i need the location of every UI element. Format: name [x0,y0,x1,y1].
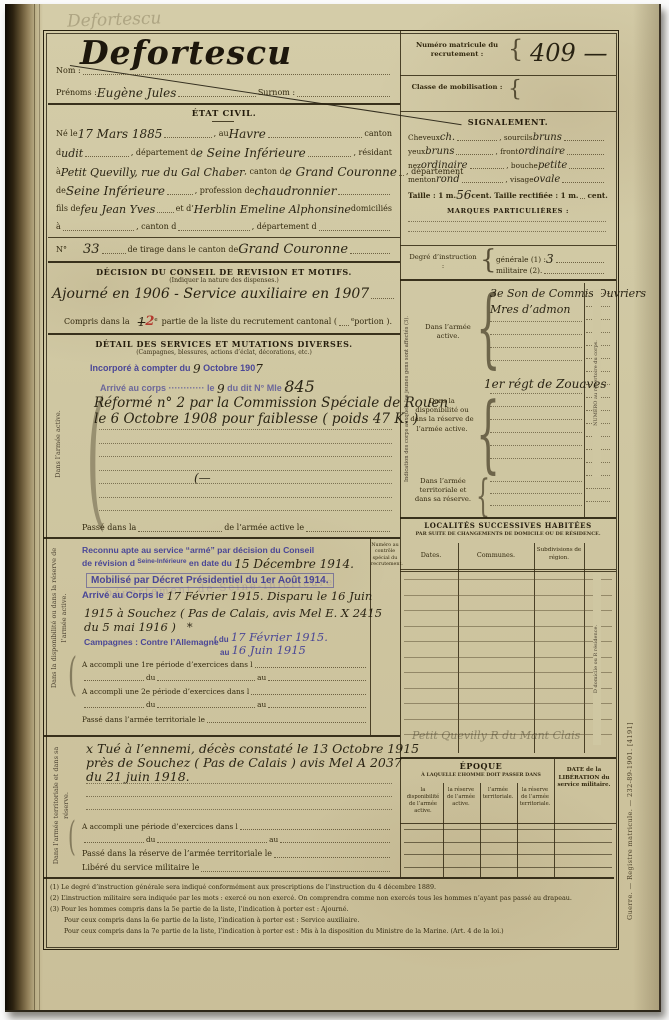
classe-label: Classe de mobilisation : [406,83,508,92]
campagnes-stamp: Campagnes : Contre l’Allemagne [84,637,219,647]
label: ( du [214,636,231,644]
localites-entry: Petit Quevilly R du Mant Clais [412,729,580,742]
signalement-nez-row: nez ordinaire , bouche petite [408,161,606,169]
periode1-dates-row: du au [82,674,368,681]
periode2-row: A accompli une 2e période d’exercices da… [82,688,368,695]
fill-line [207,721,366,723]
fill-line [350,252,390,254]
menton-value: rond [436,175,460,185]
tirage-canton-value: Grand Couronne [238,243,348,256]
label: de [56,187,66,195]
label: , département d [131,149,196,157]
superscript: e [154,318,157,324]
fill-line [157,841,267,843]
incorpore-year-value: 7 [255,363,263,375]
cheveux-value: ch. [440,133,455,143]
section2-side-label: Dans la disponibilité ou dans la réserve… [50,543,70,693]
incorpore-stamp: Incorporé à compter du [90,364,193,373]
brace: { [480,247,497,273]
book-binding-edge [5,4,43,1010]
ruled-line [490,406,582,407]
part-number-red: 2 [145,315,154,328]
title-underline [212,121,234,122]
corps-territoriale-label: Dans l’armée territoriale et dans sa rés… [412,477,474,505]
etat-civil-line-6: à , canton d , département d [56,223,392,231]
ruled-line [99,470,392,471]
signalement-menton-row: menton rond , visage ovale [408,175,606,183]
nom-row: Nom : [56,67,392,75]
incorpore-stamp-row: Incorporé à compter du 9 Octobre 190 7 [90,363,390,373]
passe-territoriale-row: Passé dans l’armée territoriale le [82,716,368,723]
ruled-line [99,483,392,484]
corps-active-label: Dans l’armée active. [418,323,478,341]
localites-title: LOCALITÉS SUCCESSIVES HABITÉES [400,521,616,530]
epoque-title: ÉPOQUE [400,761,562,771]
printer-imprint: Guerre. — Registre matricule. — 232-89-1… [626,670,636,920]
brace: { [476,475,490,519]
fill-line [157,211,173,213]
fill-line [371,297,394,299]
fill-line [157,679,255,681]
fill-line [569,167,604,169]
label: , résidant [353,149,392,157]
label: Passé dans la réserve de l’armée territo… [82,850,272,858]
birth-place-value: Havre [229,128,266,140]
footnote-4: Pour ceux compris dans la 6e partie de l… [50,915,610,926]
label: cent. [587,192,607,199]
section1-side-label: Dans l’armée active. [54,379,64,509]
divider [400,111,616,112]
label: A accompli une période d’exercices dans … [82,823,238,830]
epoque-col-1: la disponibilité de l’armée active. [405,787,441,815]
ruled-line [404,867,612,868]
ruled-line [490,458,582,459]
numero-controle-label: Numéro au contrôle spécial du recrutemen… [371,543,399,569]
localites-subtitle: PAR SUITE DE CHANGEMENTS DE DOMICILE OU … [400,531,616,537]
footnote-3: (3) Pour les hommes compris dans la 5e p… [50,904,610,915]
decision-value: Ajourné en 1906 - Service auxiliaire en … [52,287,369,301]
fill-line [462,181,504,183]
label: du [146,836,155,843]
arrive-corps-stamp: Arrivé au corps ············ le [100,384,217,393]
degre-militaire-row: militaire (2). [496,267,606,274]
ruled-line [490,321,582,322]
paper-scan: Defortescu Defortescu Nom : Prénoms : Eu… [5,4,661,1012]
sourcils-value: bruns [533,133,562,143]
fill-line [308,155,352,157]
decision-value-row: Ajourné en 1906 - Service auxiliaire en … [52,287,396,299]
fill-line [167,193,193,195]
label: Libéré du service militaire le [82,864,199,872]
nez-value: ordinaire [421,161,468,171]
footnote-5: Pour ceux compris dans la 7e partie de l… [50,926,610,937]
ruled-line [99,456,392,457]
periode-territoriale-dates-row: du au [82,836,392,843]
localites-col-dates: Dates. [406,551,456,560]
fill-line [544,272,604,274]
fill-line [268,136,363,138]
tue-ennemi-line-3: du 21 juin 1918. [86,769,190,784]
prenoms-row: Prénoms : Eugène Jules Surnom : [56,87,392,97]
bleedthrough-handwriting: Defortescu [67,8,162,31]
divider [44,735,400,737]
divider [48,333,400,335]
fill-line [580,197,585,199]
fill-line [280,841,390,843]
disparu-line-3: du 5 mai 1916 ) * [84,620,193,634]
label: canton [364,130,392,138]
fill-line [274,856,390,858]
footnotes: (1) Le degré d’instruction générale sera… [50,882,610,937]
fill-line [319,229,390,231]
fill-line [84,706,144,708]
label: partie de la liste du recrutement canton… [162,318,337,326]
reconnu-stamp-line-1: Reconnu apte au service “armé” par décis… [82,545,314,555]
label: au [257,674,266,681]
services-title: DÉTAIL DES SERVICES ET MUTATIONS DIVERSE… [48,339,400,349]
label: Passé dans l’armée territoriale le [82,716,205,723]
ruled-line [404,829,612,830]
localites-col-subdivisions: Subdivisions de région. [536,547,582,562]
fill-line [164,136,211,138]
fill-line [157,706,255,708]
fill-line [338,193,390,195]
divider [400,245,616,246]
periode2-dates-row: du au [82,701,368,708]
fill-line [399,174,404,176]
label: A accompli une 1re période d’exercices d… [82,661,253,668]
footnote-2: (2) L’instruction militaire sera indiqué… [50,893,610,904]
ruled-line [586,501,610,502]
corps-dispo-label: Dans la disponibilité ou dans la réserve… [410,397,474,434]
service-blank-lines [99,429,392,524]
canton-residence-value: e Grand Couronne [285,166,397,178]
label: de tirage dans le canton de [128,246,239,254]
epoque-col-2: la réserve de l’armée active. [444,787,478,808]
label: yeux [408,148,425,155]
campagne-debut-value: 17 Février 1915. [231,632,328,644]
ruled-line [490,393,582,394]
reconnu-date-value: 15 Décembre 1914. [234,558,354,570]
label: , profession de [195,187,255,195]
fill-line [138,530,222,532]
label: du [146,674,155,681]
label: N° [56,246,67,254]
label: , canton d [136,223,176,231]
divider [44,877,614,879]
divider [400,517,616,519]
mobilise-stamp: Mobilisé par Décret Présidentiel du 1er … [86,573,334,588]
brace: ( [68,651,77,697]
divider [400,279,616,281]
father-value: feu Jean Yves [80,204,155,215]
mother-value: Herblin Emeline Alphonsine [194,204,351,215]
localites-dr-label: D domicile ou R résidence. [593,573,601,745]
etat-civil-title: ÉTAT CIVIL. [48,109,400,119]
birth-date-value: 17 Mars 1885 [78,128,163,140]
territoriale-blank-lines [86,783,392,823]
label: nez [408,162,421,169]
periode1-row: A accompli une 1re période d’exercices d… [82,661,368,668]
ruled-line [586,488,610,489]
register-form: Defortescu Nom : Prénoms : Eugène Jules … [43,30,619,950]
label: cent. Taille rectifiée : 1 m. [471,192,578,199]
tirage-row: N° 33 de tirage dans le canton de Grand … [56,243,392,254]
ruled-line [490,505,582,506]
ruled-line [404,719,612,720]
epoque-col-4: la réserve de l’armée territoriale. [518,787,552,808]
profession-value: chaudronnier [254,185,336,197]
label: , bouche [506,162,538,169]
ruled-line [404,579,612,580]
fill-line [306,530,390,532]
reforme-line-1: Réformé n° 2 par la Commission Spéciale … [94,395,448,411]
arrive-day-value: 9 [217,383,225,395]
label: menton [408,176,436,183]
services-subtitle: (Campagnes, blessures, actions d’éclat, … [48,349,400,356]
degre-generale-row: générale (1) : 3 [496,253,606,263]
label: générale (1) : [496,256,546,263]
ruled-line [404,842,612,843]
epoque-rows [404,829,612,879]
blank-lines [408,221,606,243]
ruled-line [490,493,582,494]
matricule-value: 409 — [530,39,607,67]
numero-repertoire-divider [584,283,585,517]
signalement-yeux-row: yeux bruns , front ordinaire [408,147,606,155]
divider [400,823,616,824]
ruled-line [99,510,392,511]
epoque-subtitle: À LAQUELLE L’HOMME DOIT PASSER DANS [400,772,562,778]
corps-dispo-lines [490,393,582,473]
departement-value: e Seine Inférieure [196,147,306,159]
passe-reserve-territoriale-row: Passé dans la réserve de l’armée territo… [82,850,392,858]
front-value: ordinaire [518,147,565,157]
tirage-number-value: 33 [83,243,100,256]
corps-active-value-2: Mres d’admon [490,303,570,316]
campagnes-au-row: au 16 Juin 1915 [220,645,370,657]
bouche-value: petite [538,161,567,171]
label: , front [495,148,518,155]
residence-value: Petit Quevilly, rue du Gal Chaber [61,167,245,178]
fill-line [240,828,390,830]
tue-ennemi-line-1: x Tué à l’ennemi, décès constaté le 13 O… [86,741,419,756]
label: Compris dans la [64,318,130,326]
fill-line [85,155,129,157]
signalement-title: SIGNALEMENT. [400,117,616,127]
degre-generale-value: 3 [546,253,554,265]
divider [44,537,400,539]
divider [48,261,400,263]
passe-armee-active-row: Passé dans la de l’armée active le [82,524,392,532]
label: , au [214,130,229,138]
fill-line [297,95,390,97]
ruled-line [99,443,392,444]
ruled-line [404,641,612,642]
prenoms-value: Eugène Jules [97,87,177,99]
brace: { [508,79,522,101]
ruled-line [99,429,392,430]
taille-value: 56 [456,189,471,201]
prenoms-label: Prénoms : [56,89,97,97]
corps-active-lines [490,321,582,373]
corps-dispo-value: 1er régt de Zouaves [484,377,607,391]
corps-territoriale-lines [490,481,582,519]
canton-value: udit [61,148,83,159]
label: au [257,701,266,708]
label: , département d [252,223,317,231]
label: fils de [56,205,80,213]
label: Passé dans la [82,524,136,532]
label: , visage [505,176,533,183]
etat-civil-line-4: de Seine Inférieure , profession de chau… [56,185,392,195]
reforme-line-2: le 6 Octobre 1908 pour faiblesse ( poids… [94,411,418,427]
matricule-corps-stamp: du dit N° Mle [225,384,285,393]
compris-row: Compris dans la 1 2 e partie de la liste… [64,315,392,326]
ruled-line [404,854,612,855]
decision-subtitle: (Indiquer la nature des dispenses.) [48,277,400,284]
degre-label: Degré d’instruction : [408,253,478,271]
epoque-col-3: l’armée territoriale. [481,787,515,801]
departement-residence-value: Seine Inférieure [66,185,165,197]
etat-civil-line-2: d udit , département d e Seine Inférieur… [56,147,392,157]
ruled-line [490,360,582,361]
ruled-line [490,432,582,433]
campagnes-du-row: ( du 17 Février 1915. [214,632,364,644]
fill-line [178,229,249,231]
ruled-line [86,809,392,810]
ruled-line [404,657,612,658]
etat-civil-line-3: à Petit Quevilly, rue du Gal Chaber , ca… [56,166,392,176]
divider [400,757,616,759]
fill-line [268,679,366,681]
fill-line [83,73,390,75]
decision-title: DÉCISION DU CONSEIL DE REVISION ET MOTIF… [48,267,400,277]
marques-title: MARQUES PARTICULIÈRES : [400,207,616,215]
arrive-stamp: Arrivé au Corps le [82,591,166,601]
arrive-corps-row: Arrivé au Corps le 17 Février 1915. Disp… [82,591,382,601]
libere-service-row: Libéré du service militaire le [82,864,392,872]
incorpore-stamp: Octobre 190 [201,364,256,373]
etat-civil-line-5: fils de feu Jean Yves et d’ Herblin Emel… [56,204,392,213]
label: domiciliés [351,205,392,213]
divider [400,569,616,570]
ruled-line [408,231,606,232]
fill-line [255,666,366,668]
label: Taille : 1 m. [408,192,456,199]
ruled-line [404,688,612,689]
nom-label: Nom : [56,67,81,75]
ruled-line [408,221,606,222]
reconnu-stamp-line-2: de révision d Seine-Inférieure en date d… [82,558,368,568]
signalement-cheveux-row: Cheveux ch. , sourcils bruns [408,133,606,141]
divider [48,103,400,105]
divider [400,75,616,76]
fill-line [201,870,390,872]
fill-line [178,95,255,97]
visage-value: ovale [534,175,561,185]
fill-line [564,139,604,141]
arrive-corps-stamp-row: Arrivé au corps ············ le 9 du dit… [100,379,400,393]
label: du [146,701,155,708]
corps-active-value-1: 3e Son de Commis-Ouvriers [490,287,646,300]
divider [400,571,616,572]
arrive-date-value: 17 Février 1915. Disparu le 16 Juin [166,591,372,603]
label: au [269,836,278,843]
brace: ( [68,817,76,857]
footnote-1: (1) Le degré d’instruction générale sera… [50,882,610,893]
surnom-label: Surnom : [258,89,295,97]
label: , canton d [244,168,284,176]
ruled-line [86,783,392,784]
fill-line [456,153,493,155]
ruled-line [490,419,582,420]
fill-line [63,229,134,231]
etat-civil-line-1: Né le 17 Mars 1885 , au Havre canton [56,128,392,138]
label: à [56,223,61,231]
yeux-value: bruns [425,147,454,157]
label: militaire (2). [496,267,542,274]
localites-col-communes: Communes. [460,551,532,560]
fill-line [84,841,144,843]
fill-line [102,252,126,254]
ruled-line [404,626,612,627]
fill-line [251,693,366,695]
label: A accompli une 2e période d’exercices da… [82,688,249,695]
label: au [220,649,232,657]
fill-line [457,139,497,141]
matricule-corps-value: 845 [284,379,315,395]
scanned-register-page: Defortescu Defortescu Nom : Prénoms : Eu… [0,0,669,1020]
ruled-line [490,445,582,446]
fill-line [556,261,604,263]
label: , sourcils [499,134,532,141]
signalement-taille-row: Taille : 1 m. 56 cent. Taille rectifiée … [408,189,606,199]
ruled-line [99,497,392,498]
fill-line [268,706,366,708]
ruled-line [490,334,582,335]
label: de l’armée active le [224,524,304,532]
ruled-line [404,610,612,611]
label: Cheveux [408,134,440,141]
campagne-fin-value: 16 Juin 1915 [232,645,306,657]
label: et d’ [176,205,194,213]
label: portion ). [354,318,392,326]
ruled-line [490,347,582,348]
ruled-line [404,672,612,673]
incorpore-day-value: 9 [193,363,201,375]
ruled-line [490,481,582,482]
reconnu-stamp: de révision d [82,559,137,568]
fill-line [84,679,144,681]
ruled-line [404,595,612,596]
fill-line [470,167,505,169]
brace: { [508,37,523,61]
fill-line [339,324,349,326]
epoque-date-col: DATE de la LIBÉRATION du service militai… [556,767,612,790]
fill-line [567,153,604,155]
matricule-label: Numéro matricule du recrutement : [406,41,508,59]
ruled-line [86,796,392,797]
departement-stamp: Seine-Inférieure [137,559,186,566]
label: Né le [56,130,78,138]
divider [48,237,400,238]
tue-ennemi-line-2: près de Souchez ( Pas de Calais ) avis M… [86,755,402,770]
ruled-line [404,703,612,704]
reconnu-stamp: en date du [187,559,235,568]
periode-territoriale-row: A accompli une période d’exercices dans … [82,823,392,830]
disparu-line-2: 1915 à Souchez ( Pas de Calais, avis Mel… [84,606,382,620]
